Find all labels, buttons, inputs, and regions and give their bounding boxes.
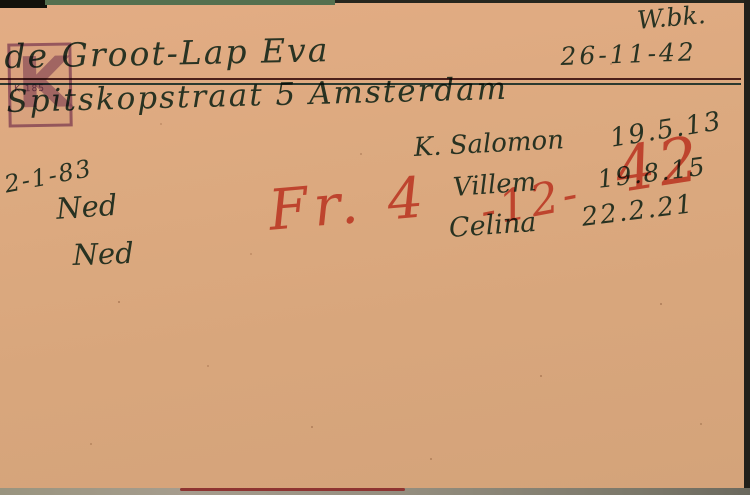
scan-edge-top-green [45, 0, 335, 5]
card-paper: K K 185 de Groot-Lap Eva W.bk. 26-11-42 … [0, 3, 744, 488]
scan-edge-top-left [0, 0, 47, 8]
scan-edge-right [744, 0, 750, 495]
scanned-index-card: K K 185 de Groot-Lap Eva W.bk. 26-11-42 … [0, 0, 750, 495]
family-member-1-name: K. Salomon [413, 125, 565, 163]
scan-edge-bottom-red-line [180, 488, 405, 491]
scan-edge-bottom [0, 488, 750, 495]
nationality-2: Ned [72, 236, 134, 272]
red-annotation-prefix: Fr. 4 [266, 165, 432, 244]
red-annotation-year: 42 [610, 121, 707, 207]
district-code: W.bk. [636, 0, 707, 35]
cardholder-name: de Groot-Lap Eva [4, 30, 330, 76]
registration-date: 26-11-42 [560, 37, 697, 71]
nationality-1: Ned [55, 188, 118, 226]
